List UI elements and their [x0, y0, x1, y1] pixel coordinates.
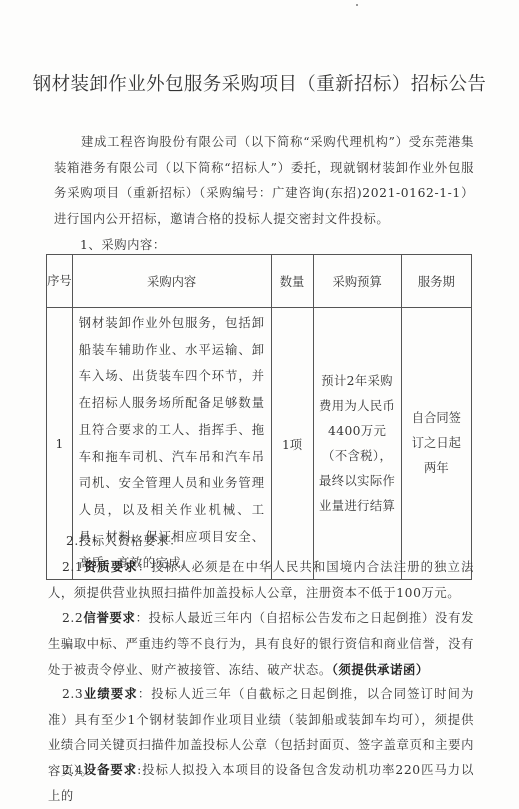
scan-speck: [356, 4, 358, 6]
req-label: 信誉要求: [83, 610, 135, 625]
header-quantity: 数量: [271, 255, 313, 308]
header-period: 服务期: [401, 255, 471, 308]
req-num: 2.2: [62, 611, 83, 625]
requirement-2-1: 2.1资质要求：投标人必须是在中华人民共和国境内合法注册的独立法人，须提供营业执…: [48, 554, 474, 606]
section-1-heading: 1、采购内容：: [80, 235, 166, 253]
cell-quantity: 1项: [271, 308, 313, 580]
header-budget: 采购预算: [313, 255, 401, 308]
cell-budget: 预计2年采购费用为人民币4400万元（不含税），最终以实际作业量进行结算: [313, 308, 401, 580]
header-content: 采购内容: [72, 255, 271, 308]
intro-paragraph: 建成工程咨询股份有限公司（以下简称“采购代理机构”）受东莞港集装箱港务有限公司（…: [54, 130, 474, 232]
table-header-row: 序号 采购内容 数量 采购预算 服务期: [47, 255, 472, 308]
req-suffix: （须提供承诺函）: [332, 662, 429, 677]
req-num: 2.4: [62, 763, 83, 777]
req-label: 设备要求: [83, 762, 137, 777]
section-2-heading: 2.投标人资格要求：: [66, 531, 182, 549]
cell-period: 自合同签订之日起两年: [401, 308, 471, 580]
requirement-2-4: 2.4设备要求:投标人拟投入本项目的设备包含发动机功率220匹马力以上的: [48, 757, 474, 809]
document-title: 钢材装卸作业外包服务采购项目（重新招标）招标公告: [20, 68, 499, 102]
req-num: 2.1: [62, 560, 83, 574]
header-seq: 序号: [47, 255, 73, 308]
requirement-2-2: 2.2信誉要求：投标人最近三年内（自招标公告发布之日起倒推）没有发生骗取中标、严…: [48, 605, 474, 684]
req-num: 2.3: [62, 687, 83, 701]
req-label: 资质要求: [83, 559, 137, 574]
req-label: 业绩要求: [83, 686, 137, 701]
